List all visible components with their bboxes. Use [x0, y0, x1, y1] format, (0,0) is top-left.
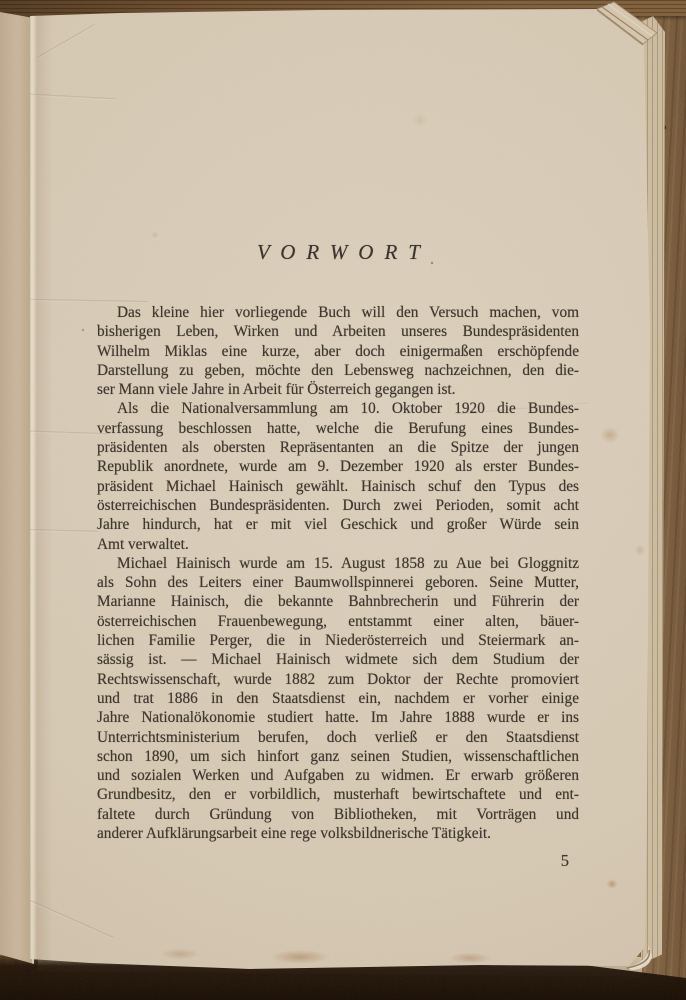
text-line: österreichischen Frauenbewegung, entstam… [97, 612, 579, 631]
text-line: Grundbesitz, den er vorbildlich, musterh… [97, 785, 579, 804]
text-line: und trat 1886 in den Staatsdienst ein, n… [97, 689, 579, 708]
text-line: bisherigen Leben, Wirken und Arbeiten un… [97, 322, 579, 341]
text-line: ser Mann viele Jahre in Arbeit für Öster… [97, 380, 579, 399]
book-page: VORWORT Das kleine hier vorliegende Buch… [0, 0, 686, 1000]
text-line: österreichischen Bundespräsidenten. Durc… [97, 496, 579, 515]
book-photo: VORWORT Das kleine hier vorliegende Buch… [0, 0, 686, 1000]
text-line: schon 1890, um sich hinfort ganz seinen … [97, 747, 579, 766]
text-line: lichen Familie Perger, die in Niederöste… [97, 631, 579, 650]
paragraph: Michael Hainisch wurde am 15. August 185… [97, 554, 579, 843]
text-line: Darstellung zu geben, möchte den Lebensw… [97, 361, 579, 380]
text-line: präsident Michael Hainisch gewählt. Hain… [97, 477, 579, 496]
book-cover-edge [0, 12, 34, 964]
text-line: anderer Aufklärungsarbeit eine rege volk… [97, 824, 579, 843]
page-title: VORWORT [103, 240, 585, 265]
text-line: sässig ist. — Michael Hainisch widmete s… [97, 650, 579, 669]
text-line: Amt verwaltet. [97, 535, 579, 554]
text-line: Marianne Hainisch, die bekannte Bahnbrec… [97, 592, 579, 611]
text-line: verfassung beschlossen hatte, welche die… [97, 419, 579, 438]
text-line: faltete durch Gründung von Bibliotheken,… [97, 805, 579, 824]
page-number: 5 [97, 851, 569, 871]
text-line: Jahre Nationalökonomie studiert hatte. I… [97, 708, 579, 727]
text-line: Jahre hindurch, hat er mit viel Geschick… [97, 515, 579, 534]
text-line: Das kleine hier vorliegende Buch will de… [97, 303, 579, 322]
text-line: Wilhelm Miklas eine kurze, aber doch ein… [97, 342, 579, 361]
paragraph: Das kleine hier vorliegende Buch will de… [97, 303, 579, 399]
text-block: Das kleine hier vorliegende Buch will de… [97, 303, 579, 843]
text-line: Unterrichtsministerium berufen, doch ver… [97, 728, 579, 747]
text-line: Michael Hainisch wurde am 15. August 185… [97, 554, 579, 573]
text-line: Republik anordnete, wurde am 9. Dezember… [97, 457, 579, 476]
text-line: und sozialen Werken und Aufgaben zu widm… [97, 766, 579, 785]
text-line: als Sohn des Leiters einer Baumwollspinn… [97, 573, 579, 592]
paragraph: Als die Nationalversammlung am 10. Oktob… [97, 399, 579, 553]
text-line: Rechtswissenschaft, wurde 1882 zum Dokto… [97, 670, 579, 689]
text-line: Als die Nationalversammlung am 10. Oktob… [97, 399, 579, 418]
text-line: präsidenten als obersten Repräsentanten … [97, 438, 579, 457]
